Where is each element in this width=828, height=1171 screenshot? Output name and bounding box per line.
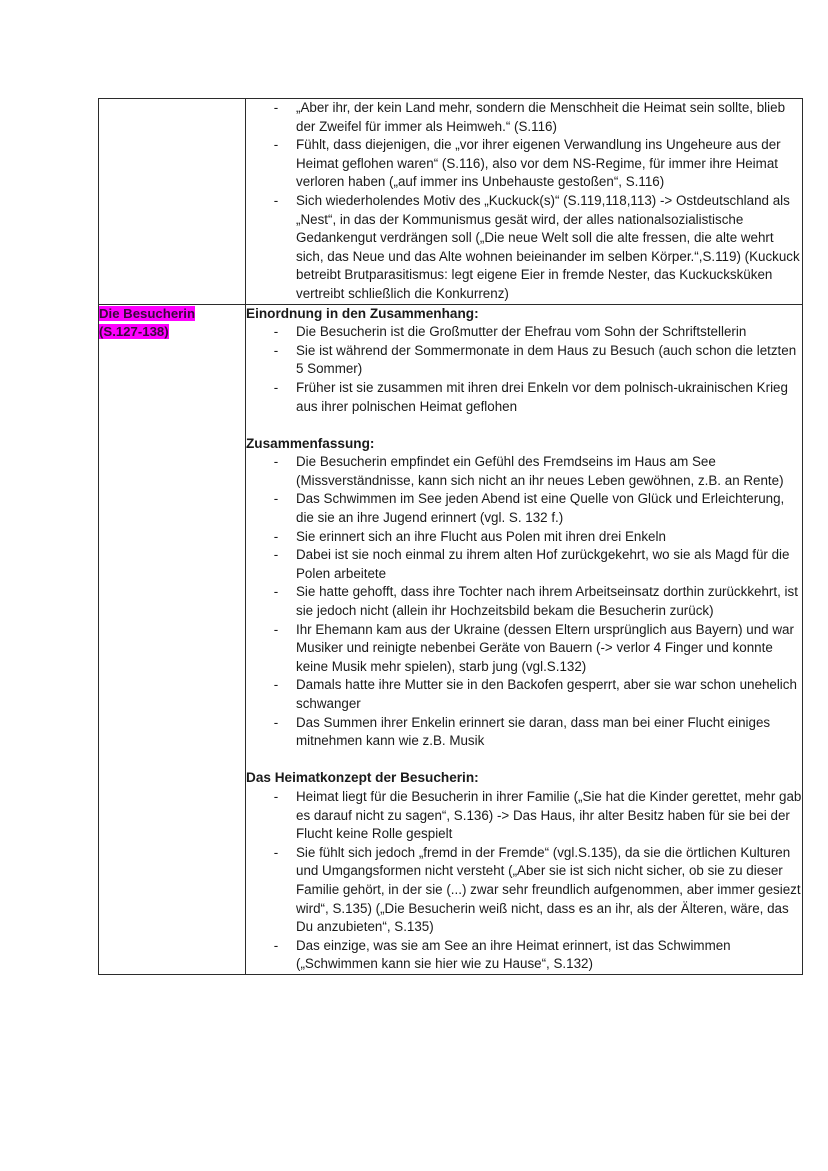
list-item: -Das Schwimmen im See jeden Abend ist ei… [296,490,802,527]
bullet-text: Das Schwimmen im See jeden Abend ist ein… [296,491,784,525]
bullet-dash-icon: - [272,714,280,733]
bullet-text: Sie erinnert sich an ihre Flucht aus Pol… [296,529,666,544]
bullet-dash-icon: - [272,379,280,398]
section-heading: Zusammenfassung: [246,435,802,454]
list-item: -Das einzige, was sie am See an ihre Hei… [296,937,802,974]
bullet-dash-icon: - [272,453,280,472]
list-item: -„Aber ihr, der kein Land mehr, sondern … [296,99,802,136]
bullet-dash-icon: - [272,99,280,118]
list-item: -Früher ist sie zusammen mit ihren drei … [296,379,802,416]
bullet-text: Sie hatte gehofft, dass ihre Tochter nac… [296,584,798,618]
chapter-label-cell [99,99,246,305]
bullet-text: Das Summen ihrer Enkelin erinnert sie da… [296,715,770,749]
bullet-dash-icon: - [272,528,280,547]
bullet-list: -Die Besucherin ist die Großmutter der E… [246,323,802,416]
notes-cell: -„Aber ihr, der kein Land mehr, sondern … [246,99,803,305]
bullet-dash-icon: - [272,844,280,863]
bullet-list: -„Aber ihr, der kein Land mehr, sondern … [246,99,802,304]
bullet-text: Fühlt, dass diejenigen, die „vor ihrer e… [296,137,781,189]
bullet-text: Sie fühlt sich jedoch „fremd in der Frem… [296,845,801,934]
bullet-text: Heimat liegt für die Besucherin in ihrer… [296,789,801,841]
list-item: -Das Summen ihrer Enkelin erinnert sie d… [296,714,802,751]
section-spacer [246,416,802,435]
bullet-text: Sie ist während der Sommermonate in dem … [296,343,796,377]
table-row-die-besucherin: Die Besucherin (S.127-138) Einordnung in… [99,304,803,974]
bullet-dash-icon: - [272,676,280,695]
list-item: -Die Besucherin empfindet ein Gefühl des… [296,453,802,490]
list-item: -Sie fühlt sich jedoch „fremd in der Fre… [296,844,802,937]
bullet-text: Die Besucherin empfindet ein Gefühl des … [296,454,784,488]
chapter-title: Die Besucherin [99,306,195,321]
table-row-continuation: -„Aber ihr, der kein Land mehr, sondern … [99,99,803,305]
notes-cell: Einordnung in den Zusammenhang:-Die Besu… [246,304,803,974]
bullet-dash-icon: - [272,546,280,565]
bullet-text: Damals hatte ihre Mutter sie in den Back… [296,677,797,711]
bullet-dash-icon: - [272,490,280,509]
bullet-list: -Heimat liegt für die Besucherin in ihre… [246,788,802,974]
notes-table: -„Aber ihr, der kein Land mehr, sondern … [98,98,803,975]
bullet-text: Ihr Ehemann kam aus der Ukraine (dessen … [296,622,794,674]
bullet-text: Das einzige, was sie am See an ihre Heim… [296,938,731,972]
bullet-text: „Aber ihr, der kein Land mehr, sondern d… [296,100,785,134]
list-item: -Dabei ist sie noch einmal zu ihrem alte… [296,546,802,583]
chapter-label-cell: Die Besucherin (S.127-138) [99,304,246,974]
bullet-dash-icon: - [272,621,280,640]
bullet-text: Sich wiederholendes Motiv des „Kuckuck(s… [296,193,800,301]
list-item: -Sich wiederholendes Motiv des „Kuckuck(… [296,192,802,304]
bullet-text: Dabei ist sie noch einmal zu ihrem alten… [296,547,789,581]
bullet-text: Die Besucherin ist die Großmutter der Eh… [296,324,746,339]
bullet-list: -Die Besucherin empfindet ein Gefühl des… [246,453,802,751]
chapter-title-highlight: Die Besucherin (S.127-138) [99,306,195,340]
bullet-dash-icon: - [272,937,280,956]
bullet-dash-icon: - [272,192,280,211]
bullet-dash-icon: - [272,583,280,602]
section-heading: Das Heimatkonzept der Besucherin: [246,769,802,788]
list-item: -Die Besucherin ist die Großmutter der E… [296,323,802,342]
bullet-dash-icon: - [272,342,280,361]
section-spacer [246,751,802,770]
list-item: -Sie hatte gehofft, dass ihre Tochter na… [296,583,802,620]
chapter-pages: (S.127-138) [99,324,169,339]
bullet-dash-icon: - [272,788,280,807]
list-item: -Fühlt, dass diejenigen, die „vor ihrer … [296,136,802,192]
section-heading: Einordnung in den Zusammenhang: [246,305,802,324]
list-item: -Sie erinnert sich an ihre Flucht aus Po… [296,528,802,547]
bullet-text: Früher ist sie zusammen mit ihren drei E… [296,380,788,414]
list-item: -Ihr Ehemann kam aus der Ukraine (dessen… [296,621,802,677]
list-item: -Heimat liegt für die Besucherin in ihre… [296,788,802,844]
bullet-dash-icon: - [272,323,280,342]
bullet-dash-icon: - [272,136,280,155]
list-item: -Sie ist während der Sommermonate in dem… [296,342,802,379]
list-item: -Damals hatte ihre Mutter sie in den Bac… [296,676,802,713]
